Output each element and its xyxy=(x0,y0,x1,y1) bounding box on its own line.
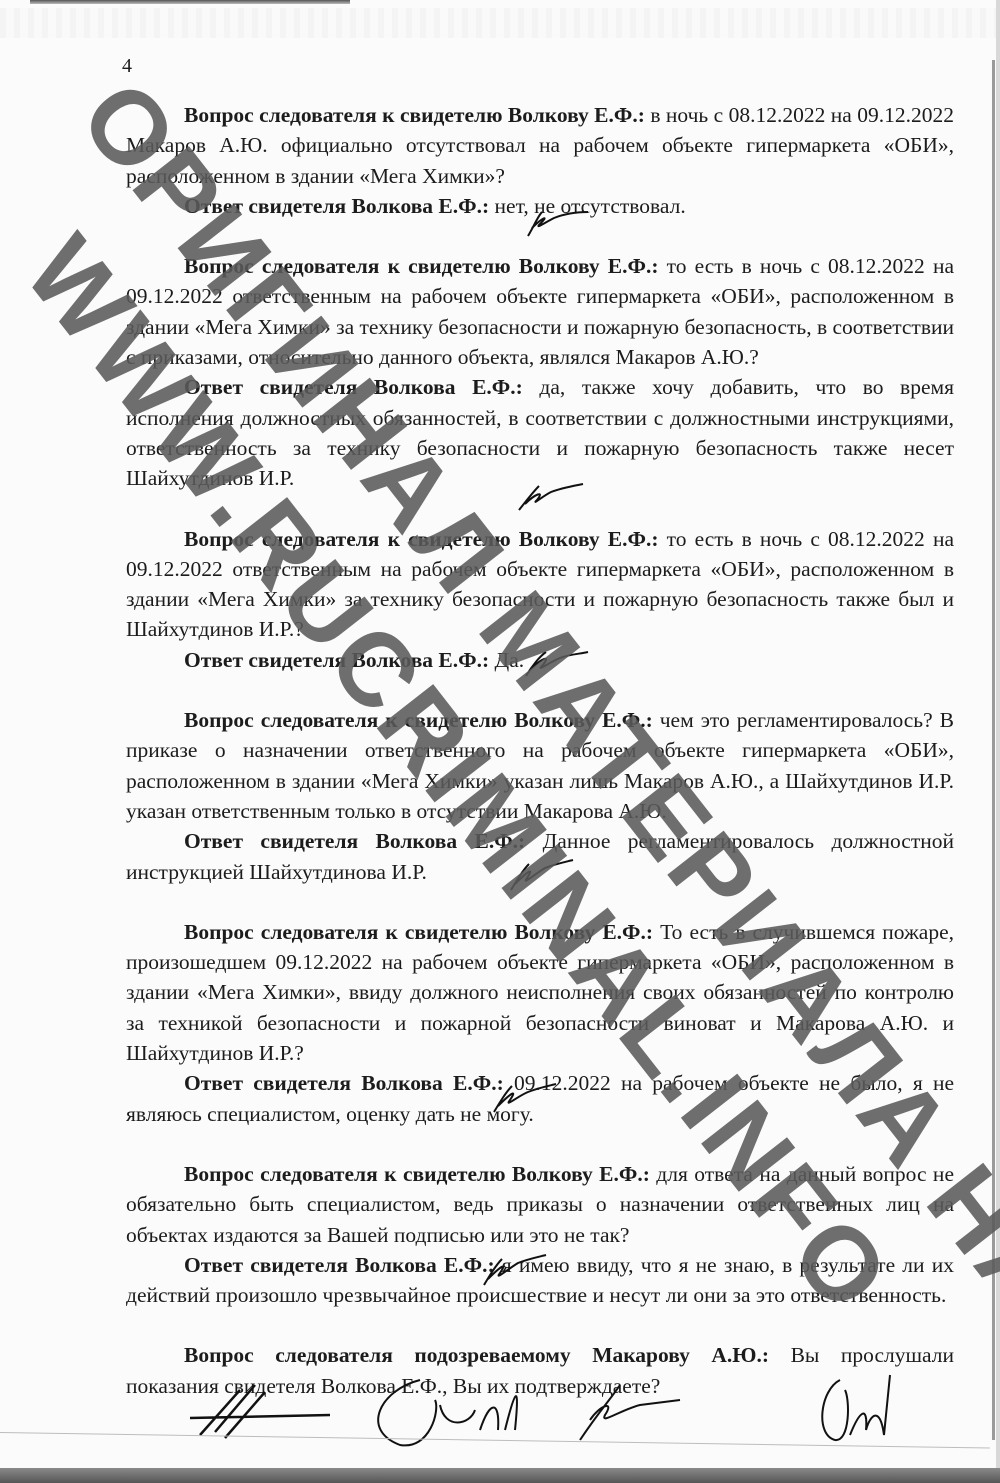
speaker-label: Вопрос следователя к свидетелю Волкову Е… xyxy=(184,527,658,551)
speaker-label: Вопрос следователя к свидетелю Волкову Е… xyxy=(184,708,653,732)
question-paragraph: Вопрос следователя к свидетелю Волкову Е… xyxy=(126,251,954,372)
speaker-label: Ответ свидетеля Волкова Е.Ф.: xyxy=(184,375,523,399)
page-number: 4 xyxy=(122,55,132,78)
signature-icon xyxy=(505,860,575,890)
scan-bottom-edge xyxy=(0,1468,1000,1483)
speaker-label: Ответ свидетеля Волкова Е.Ф.: xyxy=(184,648,489,672)
scan-top-edge xyxy=(30,0,350,4)
speaker-label: Ответ свидетеля Волкова Е.Ф.: xyxy=(184,194,489,218)
signature-icon xyxy=(515,482,585,512)
paragraph-text: Да. xyxy=(489,648,524,672)
question-paragraph: Вопрос следователя к свидетелю Волкову Е… xyxy=(126,524,954,645)
question-paragraph: Вопрос следователя к свидетелю Волкову Е… xyxy=(126,705,954,826)
bleed-through-text xyxy=(0,8,1000,38)
document-body: Вопрос следователя к свидетелю Волкову Е… xyxy=(126,100,954,1401)
speaker-label: Ответ свидетеля Волкова Е.Ф.: xyxy=(184,1071,504,1095)
speaker-label: Вопрос следователя подозреваемому Макаро… xyxy=(184,1343,769,1367)
speaker-label: Вопрос следователя к свидетелю Волкову Е… xyxy=(184,1162,650,1186)
signatures-icon xyxy=(0,1370,1000,1450)
speaker-label: Ответ свидетеля Волкова Е.Ф.: xyxy=(184,829,525,853)
question-paragraph: Вопрос следователя к свидетелю Волкову Е… xyxy=(126,1159,954,1250)
scan-right-edge xyxy=(996,0,1000,1483)
signature-icon xyxy=(488,1082,558,1112)
signature-icon xyxy=(520,648,590,678)
signature-icon xyxy=(520,208,590,238)
page-border-line xyxy=(992,60,995,1440)
bottom-signatures xyxy=(0,1370,1000,1450)
question-paragraph: Вопрос следователя к свидетелю Волкову Е… xyxy=(126,917,954,1068)
answer-paragraph: Ответ свидетеля Волкова Е.Ф.: да, также … xyxy=(126,372,954,493)
signature-icon xyxy=(478,1255,548,1285)
speaker-label: Вопрос следователя к свидетелю Волкову Е… xyxy=(184,103,645,127)
speaker-label: Вопрос следователя к свидетелю Волкову Е… xyxy=(184,254,658,278)
question-paragraph: Вопрос следователя к свидетелю Волкову Е… xyxy=(126,100,954,191)
speaker-label: Вопрос следователя к свидетелю Волкову Е… xyxy=(184,920,653,944)
speaker-label: Ответ свидетеля Волкова Е.Ф.: xyxy=(184,1253,495,1277)
